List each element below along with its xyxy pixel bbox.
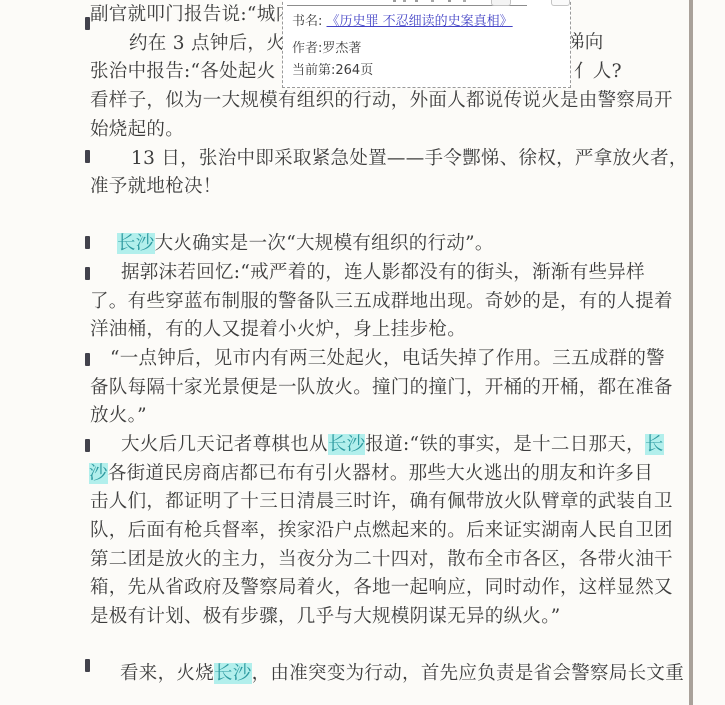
text-run: 洋油桶，有的人又提着小火炉，身上挂步枪。 [90, 319, 466, 340]
author-value: 罗杰著 [322, 41, 361, 56]
text-line: “一点钟后，见市内有两三处起火，电话失掉了作用。三五成群的警 [110, 347, 665, 370]
margin-mark [85, 353, 90, 366]
current-page-label: 当前第: [292, 63, 335, 78]
text-run: 看来，火烧 [120, 663, 214, 684]
margin-mark [85, 659, 90, 672]
text-run: 13 日，张治中即采取紧急处置——手令酆悌、徐权，严拿放火者， [131, 148, 688, 169]
text-run: 副官就叩门报告说:“城内 [90, 4, 294, 25]
book-name-label: 书名: [292, 14, 327, 29]
text-line: 了。有些穿蓝布制服的警备队三五成群地出现。奇妙的是，有的人提着 [90, 290, 673, 313]
text-run: 悌向 [566, 32, 604, 53]
text-line: 看样子，似为一大规模有组织的行动，外面人都说传说火是由警察局开 [90, 89, 673, 112]
book-title-link[interactable]: 《历史罪 不忍细读的史案真相》 [327, 14, 513, 29]
text-line: 副官就叩门报告说:“城内 [90, 3, 294, 26]
text-run: 大火确实是一次“大规模有组织的行动”。 [155, 233, 494, 254]
text-line: 放火。” [90, 404, 147, 427]
author-label: 作者: [292, 41, 322, 56]
text-run: 队，后面有枪兵督率，挨家沿户点燃起来的。后来证实湖南人民自卫团 [90, 520, 673, 541]
text-line: 长沙大火确实是一次“大规模有组织的行动”。 [117, 232, 494, 255]
text-line: 据郭沫若回忆:“戒严着的，连人影都没有的街头，渐渐有些异样 [121, 261, 645, 284]
book-info-popup: 书名: 《历史罪 不忍细读的史案真相》 作者:罗杰著 当前第:264页 [282, 0, 571, 88]
text-line: 大火后几天记者尊棋也从长沙报道:“铁的事实，是十二日那天，长 [121, 433, 664, 456]
text-run: 各街道民房商店都已布有引火器材。那些大火逃出的朋友和许多目 [108, 463, 653, 484]
text-line: 洋油桶，有的人又提着小火炉，身上挂步枪。 [90, 318, 466, 341]
margin-mark [85, 439, 90, 452]
text-run: 准予就地枪决！ [90, 176, 222, 197]
popup-cutoff-button [551, 0, 570, 6]
search-highlight: 长沙 [117, 233, 155, 254]
text-line: 约在 3 点钟后，火势 [129, 32, 304, 55]
text-line: 沙各街道民房商店都已布有引火器材。那些大火逃出的朋友和许多目 [89, 462, 653, 485]
text-run: 备队每隔十家光景便是一队放火。撞门的撞门，开桶的开桶，都在准备 [90, 377, 673, 398]
text-run: 约在 3 点钟后，火势 [129, 33, 304, 54]
text-run: 报道:“铁的事实，是十二日那天， [365, 434, 645, 455]
text-line: 悌向 [566, 31, 604, 54]
popup-book-row: 书名: 《历史罪 不忍细读的史案真相》 [292, 10, 513, 29]
search-highlight: 长沙 [328, 434, 366, 455]
text-line: 准予就地枪决！ [90, 175, 222, 198]
current-page-value: 264页 [335, 63, 373, 78]
popup-cutoff-control [491, 0, 511, 6]
search-highlight: 沙 [89, 463, 108, 484]
text-run: 据郭沫若回忆:“戒严着的，连人影都没有的街头，渐渐有些异样 [121, 262, 645, 283]
text-line: 张治中报告:“各处起火 [90, 60, 276, 83]
margin-mark [85, 236, 90, 249]
text-line: 亻人? [574, 60, 622, 83]
text-run: 第二团是放火的主力，当夜分为二十四对，散布全市各区，各带火油干 [90, 549, 673, 570]
text-run: 始烧起的。 [90, 119, 184, 140]
text-line: 箱，先从省政府及警察局着火，各地一起响应，同时动作，这样显然又 [90, 576, 673, 599]
text-line: 击人们，都证明了十三日清晨三时许，确有佩带放火队臂章的武装自卫 [90, 490, 673, 513]
popup-page-row: 当前第:264页 [292, 59, 373, 78]
margin-mark [85, 150, 90, 163]
text-run: 了。有些穿蓝布制服的警备队三五成群地出现。奇妙的是，有的人提着 [90, 291, 673, 312]
text-run: 看样子，似为一大规模有组织的行动，外面人都说传说火是由警察局开 [90, 90, 673, 111]
page-text: 副官就叩门报告说:“城内约在 3 点钟后，火势悌向张治中报告:“各处起火亻人?看… [0, 0, 725, 705]
text-run: “一点钟后，见市内有两三处起火，电话失掉了作用。三五成群的警 [110, 348, 665, 369]
text-run: ，由准突变为行动，首先应负责是省会警察局长文重 [252, 663, 684, 684]
popup-cutoff-text-remnant [393, 0, 396, 2]
text-run: 击人们，都证明了十三日清晨三时许，确有佩带放火队臂章的武装自卫 [90, 491, 673, 512]
text-line: 备队每隔十家光景便是一队放火。撞门的撞门，开桶的开桶，都在准备 [90, 376, 673, 399]
text-run: 大火后几天记者尊棋也从 [121, 434, 328, 455]
text-run: 亻人? [574, 61, 622, 82]
popup-author-row: 作者:罗杰著 [292, 37, 361, 56]
search-highlight: 长 [645, 434, 664, 455]
text-line: 13 日，张治中即采取紧急处置——手令酆悌、徐权，严拿放火者， [131, 147, 688, 170]
text-run: 是极有计划、极有步骤，几乎与大规模阴谋无异的纵火。” [90, 606, 561, 627]
text-run: 张治中报告:“各处起火 [90, 61, 276, 82]
text-line: 队，后面有枪兵督率，挨家沿户点燃起来的。后来证实湖南人民自卫团 [90, 519, 673, 542]
text-line: 是极有计划、极有步骤，几乎与大规模阴谋无异的纵火。” [90, 605, 561, 628]
text-line: 第二团是放火的主力，当夜分为二十四对，散布全市各区，各带火油干 [90, 548, 673, 571]
margin-mark [85, 17, 90, 30]
text-line: 始烧起的。 [90, 118, 184, 141]
search-highlight: 长沙 [214, 663, 252, 684]
margin-mark [85, 267, 90, 280]
text-run: 放火。” [90, 405, 147, 426]
text-run: 箱，先从省政府及警察局着火，各地一起响应，同时动作，这样显然又 [90, 577, 673, 598]
text-line: 看来，火烧长沙，由准突变为行动，首先应负责是省会警察局长文重 [120, 662, 684, 685]
page-edge-line [689, 0, 693, 705]
